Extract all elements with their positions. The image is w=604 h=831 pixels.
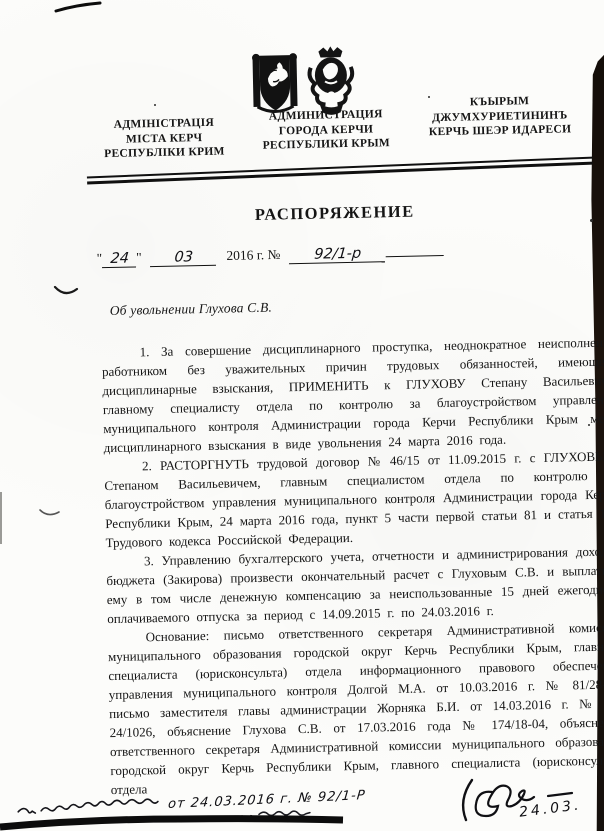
letterhead-line: РЕСПУБЛІКИ КРИМ [90, 144, 238, 162]
scan-artifact-bottom-line [0, 812, 345, 831]
subject-line: Об увольнении Глухова С.В. [110, 300, 273, 319]
paragraph-1: 1. За совершение дисциплинарного проступ… [101, 332, 604, 457]
pen-mark-curve [52, 283, 80, 299]
paragraph-3: 3. Управлению бухгалтерского учета, отче… [106, 541, 604, 628]
month-field: 03 [150, 248, 217, 266]
year-and-number-label: 2016 г. № [226, 247, 280, 263]
speck [588, 424, 590, 426]
pen-mark-curve-2 [38, 506, 62, 520]
speck [428, 96, 430, 98]
day-field: 24 [101, 250, 136, 268]
kerch-coat-of-arms-icon [304, 45, 357, 118]
document-title: РАСПОРЯЖЕНИЕ [96, 198, 574, 228]
letterhead-ukrainian: АДМІНІСТРАЦІЯ МІСТА КЕРЧ РЕСПУБЛІКИ КРИМ [90, 115, 239, 162]
speck [154, 104, 156, 106]
letterhead-line: РЕСПУБЛИКИ КРЫМ [246, 136, 406, 154]
scanned-document-page: АДМІНІСТРАЦІЯ МІСТА КЕРЧ РЕСПУБЛІКИ КРИМ… [0, 0, 604, 831]
order-number-field: 92/1-р [289, 245, 386, 264]
number-underline-tail [386, 241, 444, 257]
order-body: 1. За совершение дисциплинарного проступ… [101, 332, 604, 799]
letterhead-divider [87, 157, 593, 185]
scan-edge-line-left [0, 492, 2, 544]
letterhead-line: КЕРЧЬ ШЕЭР ИДАРЕСИ [414, 122, 586, 140]
speck [590, 219, 593, 222]
letterhead-crimean-tatar: КЪЫРЫМ ДЖУМХУРИЕТИНИНЪ КЕРЧЬ ШЕЭР ИДАРЕС… [413, 93, 586, 140]
letterhead-russian: АДМИНИСТРАЦИЯ ГОРОДА КЕРЧИ РЕСПУБЛИКИ КР… [246, 107, 407, 154]
date-number-line: "24" 03 2016 г. № 92/1-р [96, 241, 444, 268]
paragraph-2: 2. РАСТОРГНУТЬ трудовой договор № 46/15 … [104, 446, 604, 552]
